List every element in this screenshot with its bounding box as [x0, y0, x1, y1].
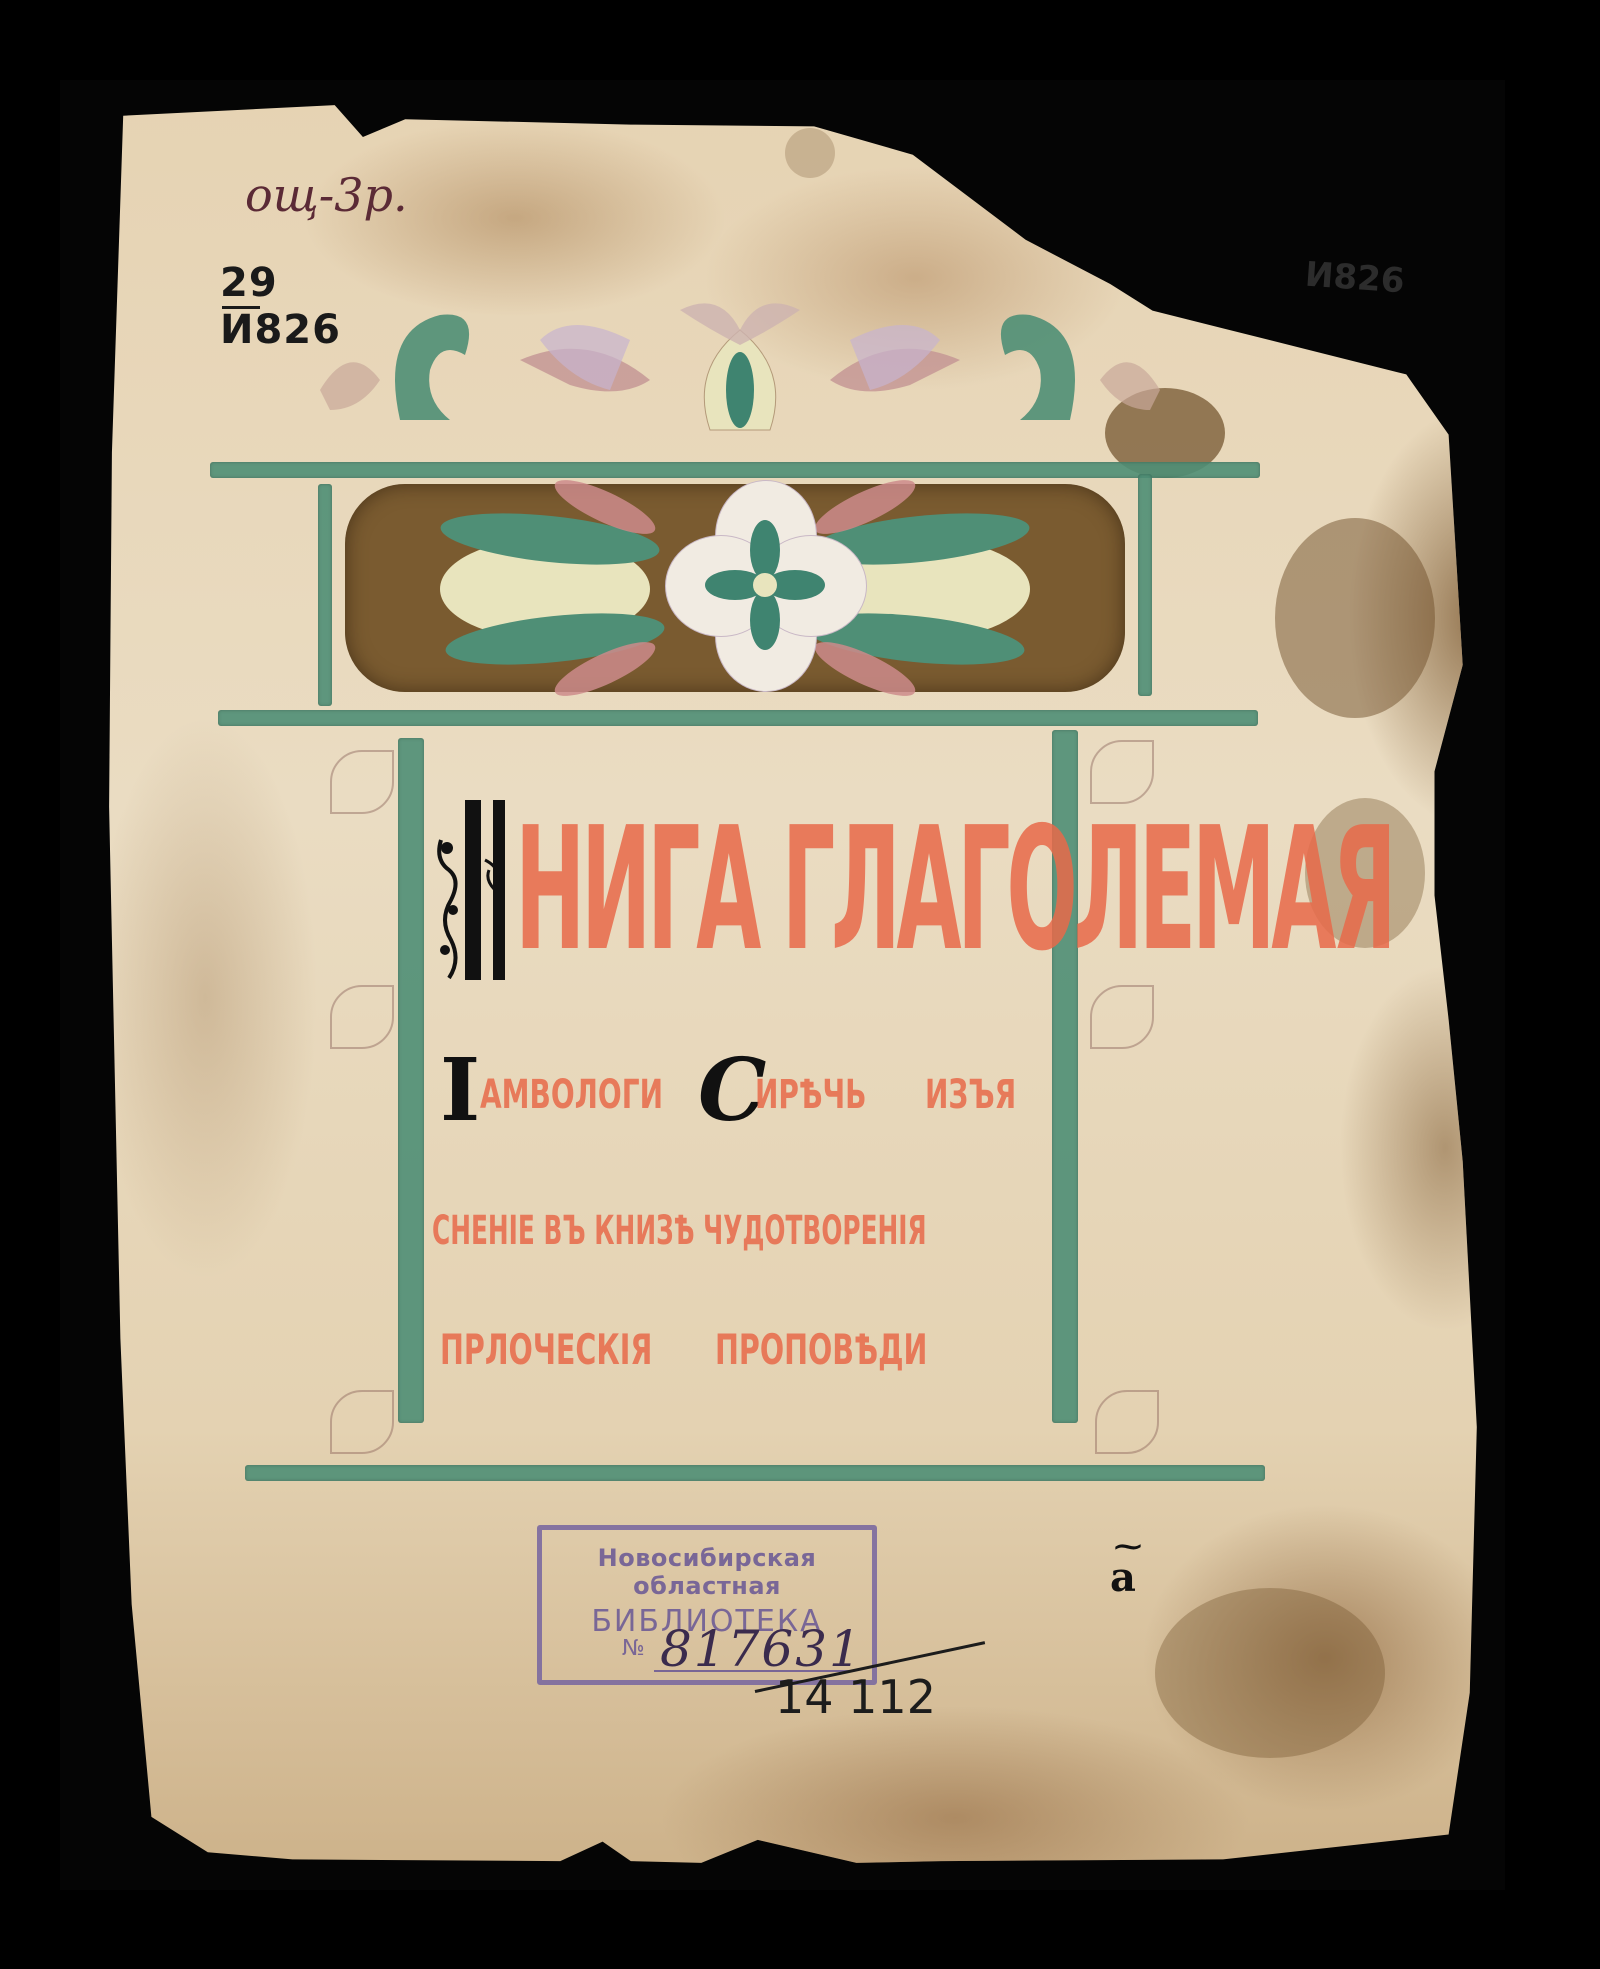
drop-initial: І	[440, 1040, 480, 1141]
signature-letter: а	[1110, 1554, 1136, 1601]
water-stain	[1155, 1588, 1385, 1758]
foliate-initial-icon	[435, 800, 513, 980]
call-number: 14 112	[775, 1670, 936, 1724]
library-stamp: Новосибирская областная БИБЛИОТЕКА № 817…	[537, 1525, 877, 1685]
lily-corner-icon	[1095, 1390, 1159, 1454]
title-line-2-part-2: ИРѢЧЬ	[755, 1072, 866, 1118]
rosette-icon	[665, 480, 865, 690]
signature-mark: ⁓ а	[1110, 1540, 1142, 1601]
faint-shelf-mark: И826	[1304, 255, 1406, 302]
title-line-2-part-1: АМВОЛОГИ	[480, 1072, 663, 1118]
stamp-number-label: №	[622, 1636, 645, 1661]
title-line-3: СНЕНІЕ ВЪ КНИЗѢ ЧУДОТВОРЕНІЯ	[432, 1208, 927, 1254]
water-stain	[1275, 518, 1435, 718]
water-stain	[785, 128, 835, 178]
titlo-icon: ⁓	[1114, 1540, 1142, 1554]
title-line-4-part-1: ПРЛОЧЕСКІЯ	[440, 1325, 652, 1374]
lily-corner-icon	[330, 985, 394, 1049]
frame-rule-middle	[218, 710, 1258, 726]
lily-corner-icon	[1090, 985, 1154, 1049]
frame-rule-bottom	[245, 1465, 1265, 1481]
stamp-line-1: Новосибирская областная	[542, 1544, 872, 1600]
floral-crest-icon	[290, 270, 1190, 450]
frame-rule-top	[210, 462, 1260, 478]
title-main-line: НИГА ГЛАГОЛЕМАЯ	[515, 800, 790, 980]
frame-post-right	[1138, 474, 1152, 696]
handwritten-note: ощ-3р.	[245, 168, 408, 222]
frame-post-left	[318, 484, 332, 706]
lily-corner-icon	[330, 1390, 394, 1454]
lily-corner-icon	[330, 750, 394, 814]
title-line-4-part-2: ПРОПОВѢДИ	[715, 1325, 927, 1374]
title-line-2-part-3: ИЗЪЯ	[925, 1072, 1016, 1118]
frame-post-left	[398, 738, 424, 1423]
